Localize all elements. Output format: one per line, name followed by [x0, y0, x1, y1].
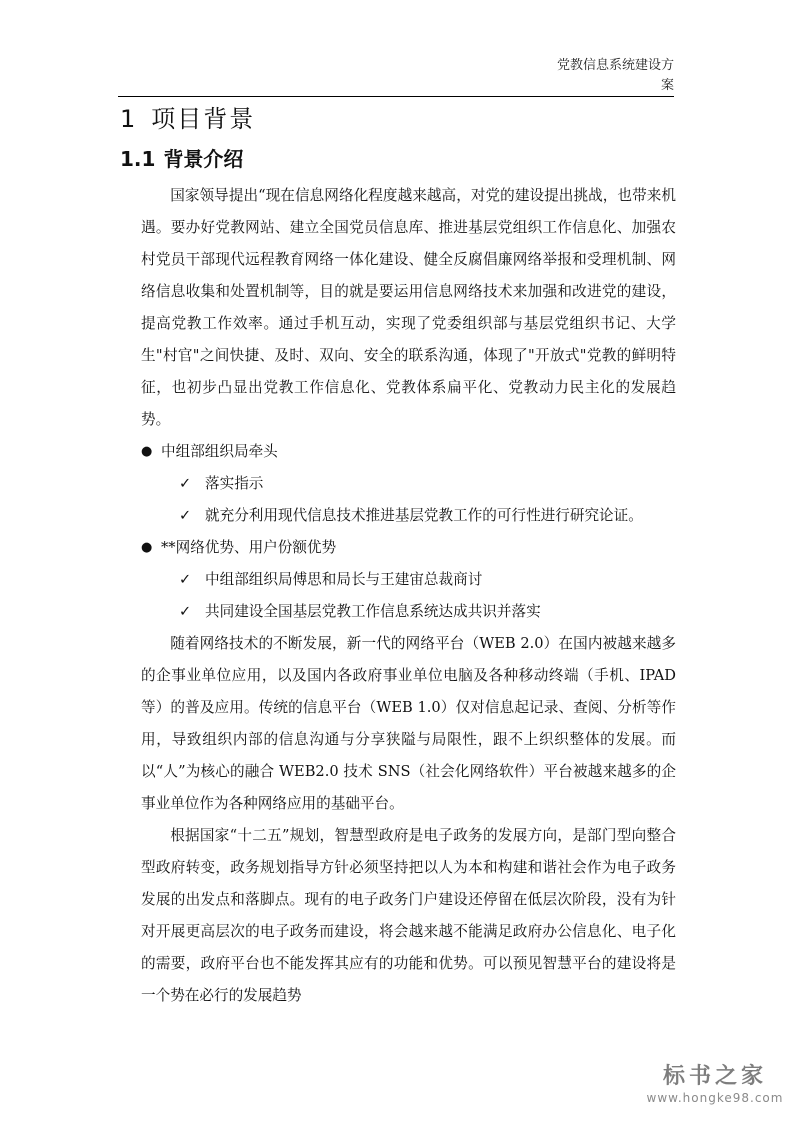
chapter-title: 项目背景	[151, 105, 255, 133]
section-title: 背景介绍	[163, 147, 243, 171]
watermark: 标书之家 www.hongke98.com	[640, 1064, 790, 1106]
bullet-dot-icon: ●	[141, 532, 152, 564]
bullet-item: ● **网络优势、用户份额优势	[141, 532, 676, 564]
check-item: ✓ 中组部组织局傅思和局长与王建宙总裁商讨	[141, 564, 676, 596]
checkmark-icon: ✓	[179, 596, 191, 628]
document-body: 国家领导提出“现在信息网络化程度越来越高，对党的建设提出挑战，也带来机遇。要办好…	[141, 180, 676, 1012]
chapter-number: 1	[120, 105, 137, 133]
check-text: 中组部组织局傅思和局长与王建宙总裁商讨	[205, 571, 482, 588]
header-title-line1: 党教信息系统建设方	[540, 56, 674, 76]
check-item: ✓ 就充分利用现代信息技术推进基层党教工作的可行性进行研究论证。	[141, 500, 676, 532]
header-title-line2: 案	[540, 76, 674, 96]
watermark-title: 标书之家	[640, 1064, 790, 1090]
bullet-item: ● 中组部组织局牵头	[141, 436, 676, 468]
watermark-url: www.hongke98.com	[640, 1090, 790, 1106]
paragraph-intro: 国家领导提出“现在信息网络化程度越来越高，对党的建设提出挑战，也带来机遇。要办好…	[141, 180, 676, 436]
check-item: ✓ 共同建设全国基层党教工作信息系统达成共识并落实	[141, 596, 676, 628]
bullet-dot-icon: ●	[141, 436, 152, 468]
bullet-list-1: ● 中组部组织局牵头 ✓ 落实指示 ✓ 就充分利用现代信息技术推进基层党教工作的…	[141, 436, 676, 628]
running-header: 党教信息系统建设方 案	[540, 56, 674, 96]
check-item: ✓ 落实指示	[141, 468, 676, 500]
paragraph-smart-gov: 根据国家“十二五”规划，智慧型政府是电子政务的发展方向，是部门型向整合型政府转变…	[141, 820, 676, 1012]
check-text: 就充分利用现代信息技术推进基层党教工作的可行性进行研究论证。	[205, 507, 643, 524]
check-text: 落实指示	[205, 475, 263, 492]
section-number: 1.1	[120, 147, 155, 171]
checkmark-icon: ✓	[179, 468, 191, 500]
paragraph-web20: 随着网络技术的不断发展，新一代的网络平台（WEB 2.0）在国内被越来越多的企事…	[141, 628, 676, 820]
bullet-text: **网络优势、用户份额优势	[161, 539, 336, 556]
section-heading: 1.1背景介绍	[120, 145, 243, 173]
header-divider	[118, 96, 674, 97]
chapter-heading: 1项目背景	[120, 104, 255, 134]
checkmark-icon: ✓	[179, 564, 191, 596]
bullet-text: 中组部组织局牵头	[161, 443, 278, 460]
check-text: 共同建设全国基层党教工作信息系统达成共识并落实	[205, 603, 541, 620]
checkmark-icon: ✓	[179, 500, 191, 532]
